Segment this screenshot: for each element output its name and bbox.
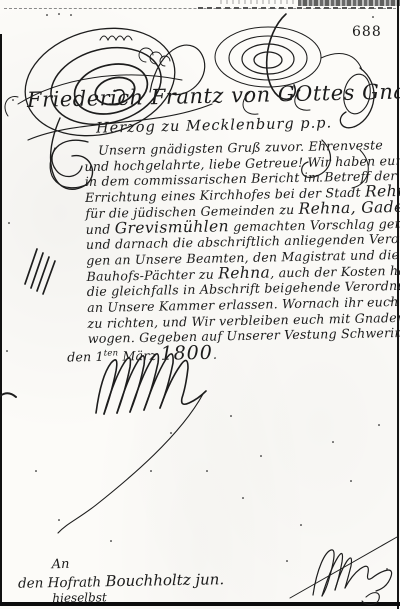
scan-speck bbox=[12, 99, 14, 101]
scan-speck bbox=[320, 180, 322, 182]
scan-speck bbox=[58, 519, 60, 521]
scan-speck bbox=[386, 568, 388, 570]
scan-speck bbox=[206, 470, 208, 472]
top-scan-smudge bbox=[220, 0, 300, 4]
address-recipient: den Hofrath Bouchholtz jun. bbox=[18, 570, 224, 592]
top-right-scan-smudge bbox=[298, 0, 400, 6]
signature-tail-flourish bbox=[58, 394, 203, 533]
scan-speck bbox=[372, 16, 374, 18]
scan-speck bbox=[70, 14, 72, 16]
scan-speck bbox=[170, 432, 172, 434]
address-an: An bbox=[52, 554, 224, 572]
counter-signature bbox=[290, 537, 397, 605]
body-text: Unsern gnädigsten Gruß zuvor. Ehrenveste… bbox=[84, 137, 400, 365]
scan-speck bbox=[390, 300, 392, 302]
scan-speck bbox=[58, 13, 60, 15]
manuscript-page: 688 Friederich Frantz von GOttes Gnaden … bbox=[0, 0, 400, 609]
address-block: An den Hofrath Bouchholtz jun. hieselbst bbox=[18, 554, 225, 606]
scan-speck bbox=[332, 441, 334, 443]
scan-speck bbox=[300, 524, 302, 526]
scan-speck bbox=[35, 470, 37, 472]
scan-speck bbox=[110, 540, 112, 542]
scan-speck bbox=[378, 424, 380, 426]
top-scan-dark-line bbox=[198, 7, 396, 9]
scan-speck bbox=[46, 14, 48, 16]
scan-speck bbox=[150, 470, 152, 472]
document-title: Friederich Frantz von GOttes Gnaden bbox=[27, 78, 400, 112]
scan-speck bbox=[242, 497, 244, 499]
scan-speck bbox=[8, 222, 10, 224]
scan-speck bbox=[230, 415, 232, 417]
scan-speck bbox=[286, 560, 288, 562]
address-place: hieselbst bbox=[52, 588, 224, 605]
scan-speck bbox=[6, 350, 8, 352]
left-edge-mark bbox=[0, 393, 16, 397]
document-subtitle: Herzog zu Mecklenburg p.p. bbox=[96, 115, 332, 136]
left-edge-line bbox=[0, 34, 2, 604]
scan-speck bbox=[350, 480, 352, 482]
page-number: 688 bbox=[352, 24, 382, 40]
margin-slash-marks bbox=[25, 249, 55, 294]
scan-speck bbox=[260, 455, 262, 457]
